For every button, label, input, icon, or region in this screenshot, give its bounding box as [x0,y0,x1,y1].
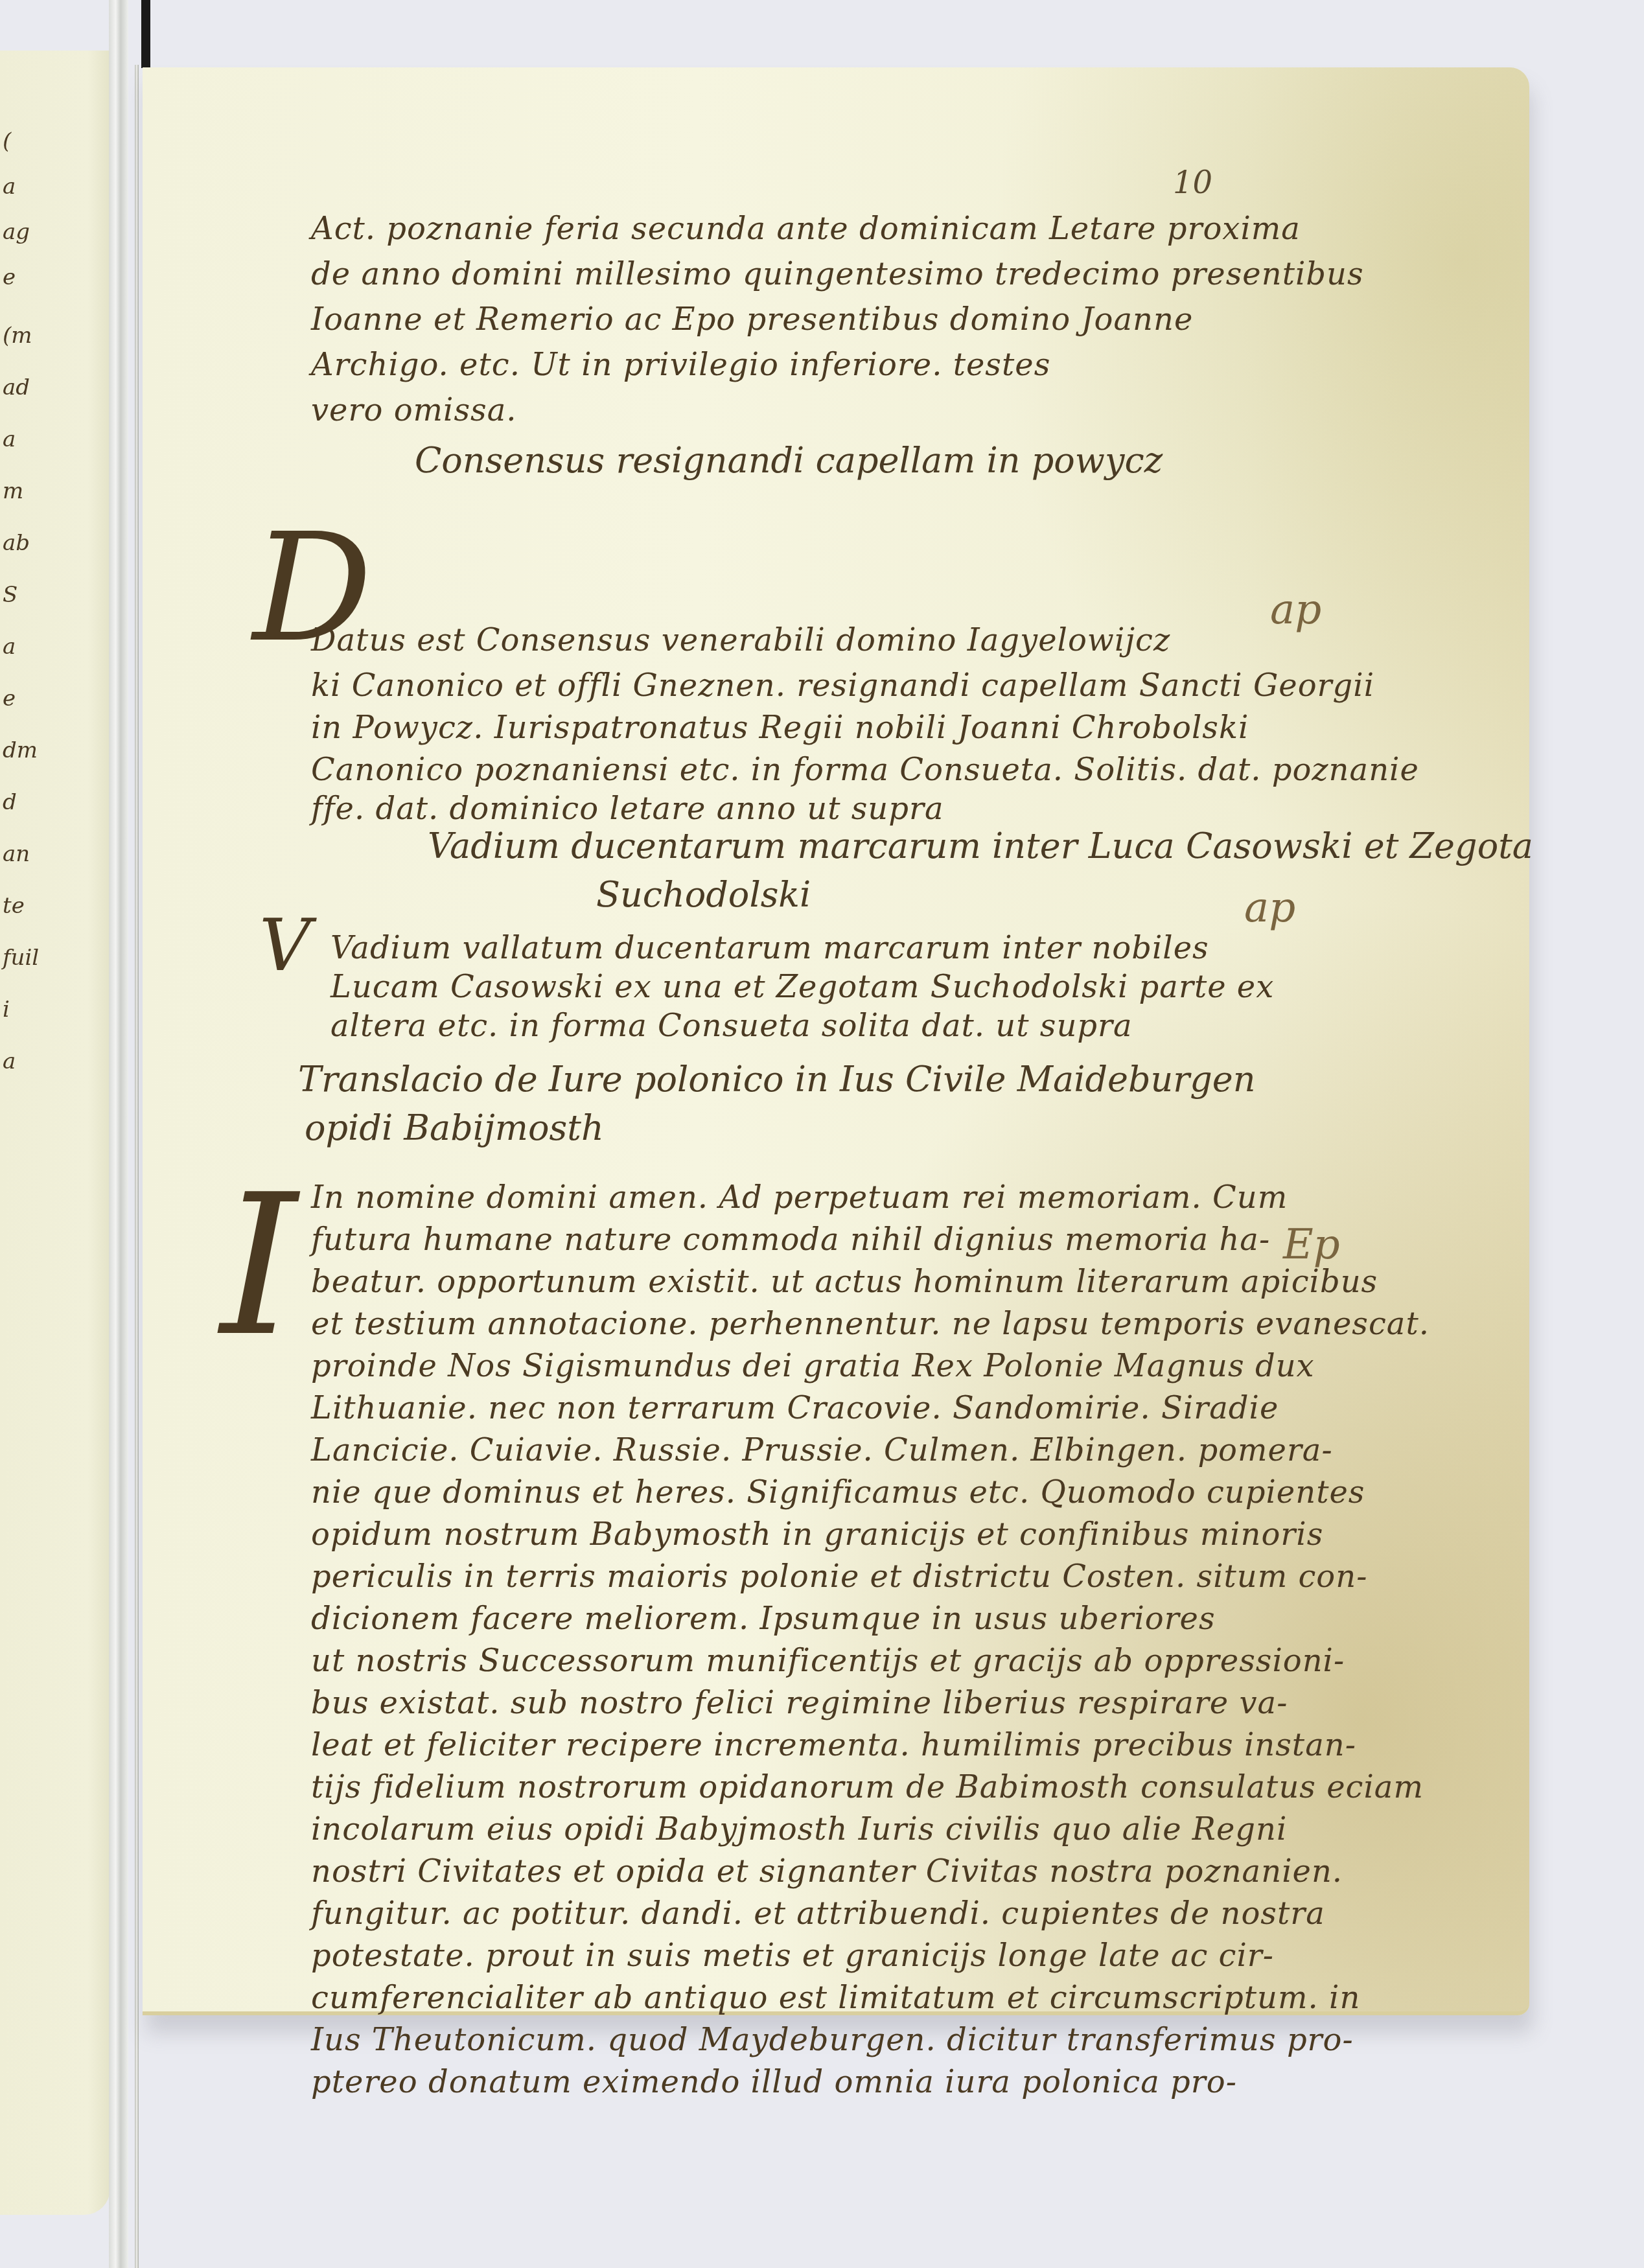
left-facing-page: ( a ag e (m ad a m ab S a e dm d an te f… [0,51,110,2215]
text-line: ki Canonico et offli Gneznen. resignandi… [311,670,1374,701]
text-line: Ioanne et Remerio ac Epo presentibus dom… [311,304,1193,335]
margin-fragment: ab [3,530,30,556]
text-line: Ius Theutonicum. quod Maydeburgen. dicit… [311,2024,1354,2055]
margin-fragment: an [3,841,30,867]
text-line: opidum nostrum Babymosth in granicijs et… [311,1519,1323,1550]
text-line: dicionem facere meliorem. Ipsumque in us… [311,1603,1216,1634]
margin-fragment: i [3,997,10,1023]
text-line: Vadium vallatum ducentarum marcarum inte… [330,932,1209,964]
margin-fragment: dm [3,737,38,763]
text-line: Lithuanie. nec non terrarum Cracovie. Sa… [311,1393,1279,1424]
margin-fragment: fuil [3,945,39,971]
binding-clip [109,0,128,2268]
text-line: periculis in terris maioris polonie et d… [311,1561,1367,1592]
text-line: leat et feliciter recipere incrementa. h… [311,1730,1356,1761]
text-line: potestate. prout in suis metis et granic… [311,1940,1274,1971]
text-line: Act. poznanie feria secunda ante dominic… [311,213,1301,244]
text-line: Datus est Consensus venerabili domino Ia… [311,625,1170,656]
section-heading: Consensus resignandi capellam in powycz [415,443,1163,478]
margin-fragment: te [3,893,25,919]
clamp-bar [141,0,150,68]
margin-fragment: e [3,686,16,712]
text-line: In nomine domini amen. Ad perpetuam rei … [311,1182,1288,1213]
text-line: incolarum eius opidi Babyjmosth Iuris ci… [311,1814,1287,1845]
text-line: fungitur. ac potitur. dandi. et attribue… [311,1898,1325,1929]
text-line: Archigo. etc. Ut in privilegio inferiore… [311,349,1050,380]
section-heading: Vadium ducentarum marcarum inter Luca Ca… [428,829,1533,864]
text-line: in Powycz. Iurispatronatus Regii nobili … [311,712,1249,743]
margin-fragment: a [3,174,16,200]
margin-fragment: a [3,1048,16,1074]
text-line: ut nostris Successorum munificentijs et … [311,1645,1345,1676]
text-line: Canonico poznaniensi etc. in forma Consu… [311,754,1419,785]
text-line: nostri Civitates et opida et signanter C… [311,1856,1343,1887]
text-line: vero omissa. [311,395,517,426]
text-line: de anno domini millesimo quingentesimo t… [311,259,1364,290]
section-heading-line2: opidi Babijmosth [305,1111,604,1146]
binding-edge [135,65,139,2268]
text-line: Lucam Casowski ex una et Zegotam Suchodo… [330,971,1274,1002]
text-line: futura humane nature commoda nihil digni… [311,1224,1270,1255]
text-line: altera etc. in forma Consueta solita dat… [330,1010,1133,1041]
text-line: tijs fidelium nostrorum opidanorum de Ba… [311,1772,1424,1803]
margin-fragment: ag [3,219,30,245]
text-line: ptereo donatum eximendo illud omnia iura… [311,2066,1237,2098]
decorated-initial: V [259,910,310,981]
margin-fragment: (m [3,323,32,349]
margin-fragment: a [3,426,16,452]
margin-fragment: a [3,634,16,660]
text-line: ffe. dat. dominico letare anno ut supra [311,793,944,824]
text-line: beatur. opportunum existit. ut actus hom… [311,1266,1378,1297]
decorated-initial: I [220,1169,297,1363]
margin-fragment: S [3,582,17,608]
text-line: proinde Nos Sigismundus dei gratia Rex P… [311,1350,1315,1382]
margin-fragment: m [3,478,23,504]
text-line: et testium annotacione. perhennentur. ne… [311,1308,1430,1339]
text-line: bus existat. sub nostro felici regimine … [311,1687,1288,1718]
manuscript-page: 10 Act. poznanie feria secunda ante domi… [143,67,1529,2015]
margin-fragment: e [3,264,16,290]
margin-fragment: ( [3,128,11,154]
marginal-note: ap [1270,586,1321,634]
section-heading: Translacio de Iure polonico in Ius Civil… [298,1062,1255,1097]
marginal-note: Ep [1283,1221,1340,1269]
margin-fragment: d [3,789,17,815]
section-heading-line2: Suchodolski [596,877,811,912]
text-line: Lancicie. Cuiavie. Russie. Prussie. Culm… [311,1435,1333,1466]
marginal-note: ap [1244,884,1295,932]
margin-fragment: ad [3,375,30,400]
folio-number: 10 [1173,165,1212,201]
text-line: cumferencialiter ab antiquo est limitatu… [311,1982,1360,2013]
text-line: nie que dominus et heres. Significamus e… [311,1477,1365,1508]
